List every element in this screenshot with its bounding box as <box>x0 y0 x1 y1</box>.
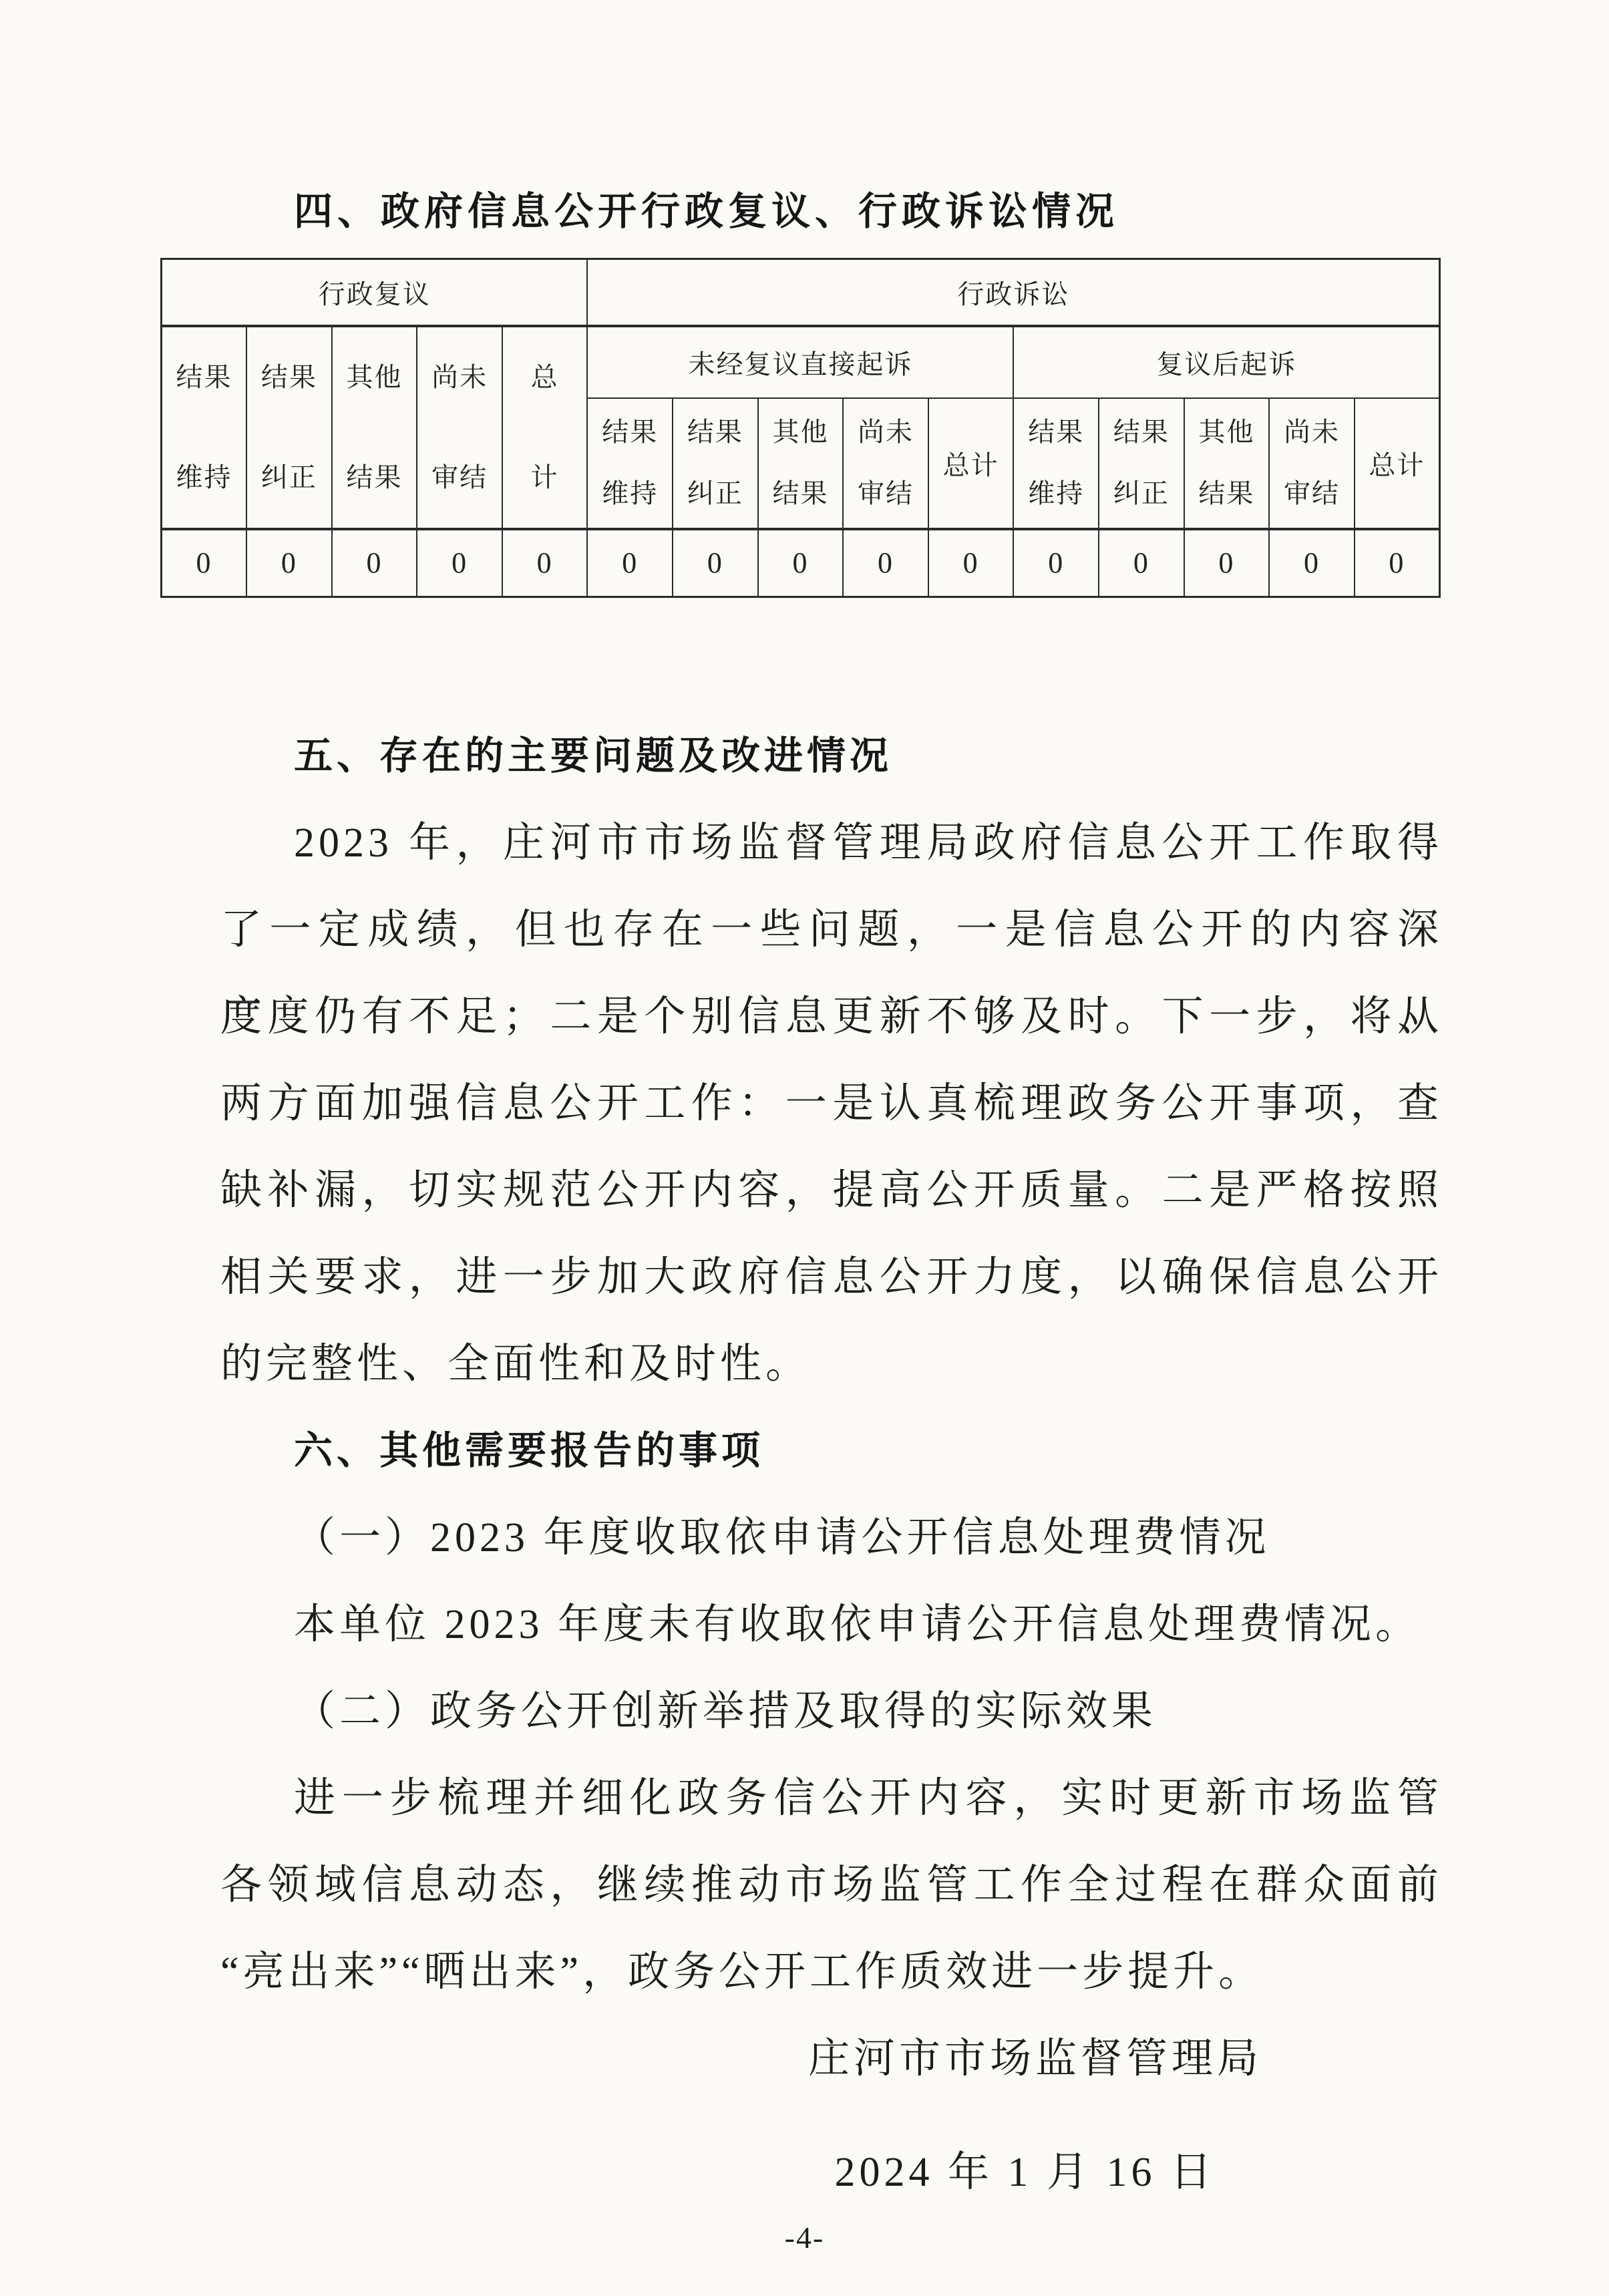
paragraph-line: 相关要求，进一步加大政府信息公开力度，以确保信息公开 <box>220 1234 1443 1321</box>
column-header: 结果 维持 <box>587 398 673 528</box>
table-group-row: 行政复议 行政诉讼 <box>162 259 1440 326</box>
after-review-lawsuit-subheader: 复议后起诉 <box>1013 326 1439 399</box>
table-subgroup-row: 结果 维持 结果 纠正 其他 结果 尚未 审结 总 计 未经复议直接起诉 复议后… <box>162 326 1440 399</box>
column-header: 尚未 审结 <box>1269 398 1355 528</box>
value-cell: 0 <box>1013 529 1099 597</box>
direct-lawsuit-subheader: 未经复议直接起诉 <box>587 326 1013 399</box>
paragraph-line: 的完整性、全面性和及时性。 <box>220 1321 1443 1408</box>
paragraph-line: 2023 年，庄河市市场监督管理局政府信息公开工作取得 <box>220 800 1443 886</box>
paragraph-line: 了一定成绩，但也存在一些问题，一是信息公开的内容深度、 <box>220 886 1443 973</box>
signature-org: 庄河市市场监督管理局 <box>220 2015 1443 2102</box>
column-header: 总计 <box>1355 398 1440 528</box>
column-header: 尚未 审结 <box>843 398 928 528</box>
value-cell: 0 <box>587 529 673 597</box>
column-header: 其他 结果 <box>758 398 844 528</box>
value-cell: 0 <box>246 529 332 597</box>
column-header: 尚未 审结 <box>417 326 502 529</box>
document-page: 四、政府信息公开行政复议、行政诉讼情况 行政复议 行政诉讼 结果 维持 结果 纠… <box>0 0 1609 2296</box>
value-cell: 0 <box>417 529 502 597</box>
value-cell: 0 <box>843 529 928 597</box>
value-cell: 0 <box>673 529 758 597</box>
item2-heading: （二）政务公开创新举措及取得的实际效果 <box>220 1668 1443 1755</box>
column-header: 结果 纠正 <box>673 398 758 528</box>
item1-body-line: 本单位 2023 年度未有收取依申请公开信息处理费情况。 <box>220 1581 1443 1668</box>
value-cell: 0 <box>1269 529 1355 597</box>
review-litigation-table: 行政复议 行政诉讼 结果 维持 结果 纠正 其他 结果 尚未 审结 总 计 未经… <box>160 258 1441 598</box>
value-cell: 0 <box>162 529 247 597</box>
section6-heading: 六、其他需要报告的事项 <box>294 1408 1443 1494</box>
value-cell: 0 <box>332 529 417 597</box>
value-cell: 0 <box>1355 529 1440 597</box>
section5-heading: 五、存在的主要问题及改进情况 <box>294 713 1443 800</box>
signature-date: 2024 年 1 月 16 日 <box>220 2129 1443 2216</box>
column-header: 结果 维持 <box>162 326 247 529</box>
paragraph-line: “亮出来”“晒出来”，政务公开工作质效进一步提升。 <box>220 1929 1443 2015</box>
section4-heading: 四、政府信息公开行政复议、行政诉讼情况 <box>294 188 1443 235</box>
review-group-header: 行政复议 <box>162 259 588 326</box>
page-number: -4- <box>0 2220 1609 2255</box>
column-header: 结果 纠正 <box>246 326 332 529</box>
item1-heading: （一）2023 年度收取依申请公开信息处理费情况 <box>220 1494 1443 1581</box>
paragraph-line: 进一步梳理并细化政务信公开内容，实时更新市场监管 <box>220 1755 1443 1842</box>
document-content: 四、政府信息公开行政复议、行政诉讼情况 行政复议 行政诉讼 结果 维持 结果 纠… <box>220 188 1443 2216</box>
paragraph-line: 两方面加强信息公开工作：一是认真梳理政务公开事项，查 <box>220 1060 1443 1147</box>
column-header: 结果 维持 <box>1013 398 1099 528</box>
value-cell: 0 <box>502 529 588 597</box>
value-cell: 0 <box>928 529 1014 597</box>
table-value-row: 0 0 0 0 0 0 0 0 0 0 0 0 0 0 0 <box>162 529 1440 597</box>
column-header: 其他 结果 <box>1184 398 1270 528</box>
value-cell: 0 <box>1184 529 1270 597</box>
value-cell: 0 <box>758 529 844 597</box>
column-header: 总计 <box>928 398 1014 528</box>
column-header: 结果 纠正 <box>1099 398 1184 528</box>
value-cell: 0 <box>1099 529 1184 597</box>
column-header: 总 计 <box>502 326 588 529</box>
paragraph-line: 广度仍有不足；二是个别信息更新不够及时。下一步，将从 <box>220 973 1443 1060</box>
column-header: 其他 结果 <box>332 326 417 529</box>
litigation-group-header: 行政诉讼 <box>587 259 1439 326</box>
paragraph-line: 各领域信息动态，继续推动市场监管工作全过程在群众面前 <box>220 1842 1443 1929</box>
paragraph-line: 缺补漏，切实规范公开内容，提高公开质量。二是严格按照 <box>220 1147 1443 1234</box>
